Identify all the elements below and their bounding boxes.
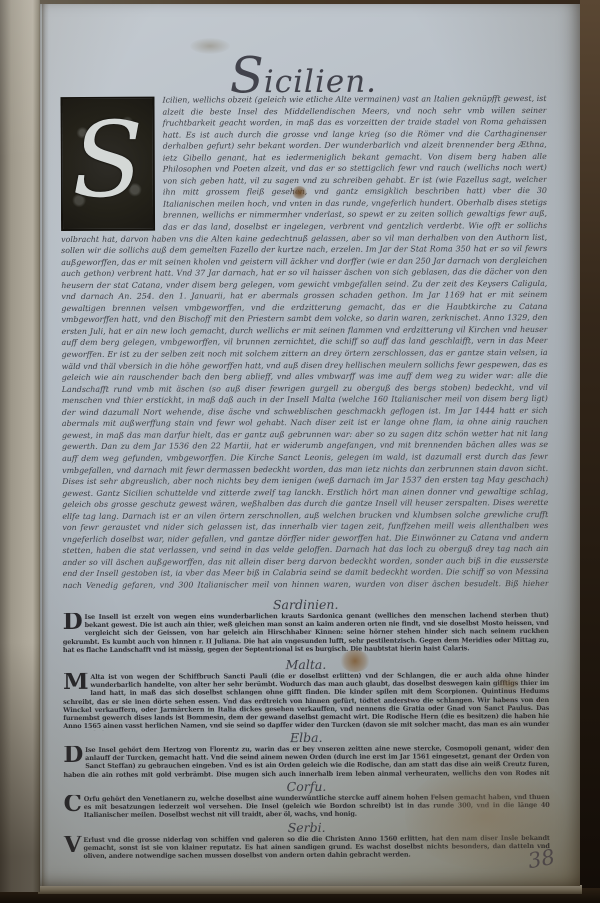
section-sardinien: DIse Insell ist erzelt von wegen eins wu…	[63, 611, 549, 658]
section-serbi-text: Erlust vnd die grosse niderlag von schif…	[83, 834, 549, 860]
drop-cap-d2: D	[63, 746, 85, 764]
section-elba: DIse Insel gehört dem Hertzog von Floren…	[63, 744, 549, 780]
section-malta-text: Alta ist von wegen der Schiffbruch Sanct…	[63, 671, 549, 731]
book-right-edge-shadow	[580, 0, 600, 903]
woodcut-initial-block: S	[60, 97, 155, 231]
section-malta: MAlta ist von wegen der Schiffbruch Sanc…	[63, 671, 549, 731]
section-serbi: VErlust vnd die grosse niderlag von schi…	[64, 834, 550, 872]
section-elba-text: Ise Insel gehört dem Hertzog von Florent…	[63, 744, 549, 780]
section-heading-elba: Elba.	[63, 730, 549, 745]
text-block: Sicilien. SIcilien, wellichs obzeit (gel…	[60, 4, 550, 886]
drop-cap-s: S	[72, 108, 144, 212]
section-corfu: COrfu gehört den Venetianern zu, welche …	[64, 793, 550, 821]
folio-number: 38	[526, 845, 556, 873]
book-page: Sicilien. SIcilien, wellichs obzeit (gel…	[40, 4, 580, 886]
section-corfu-text: Orfu gehört den Venetianern zu, welche d…	[84, 793, 550, 819]
section-heading-sardinien: Sardinien.	[63, 597, 549, 612]
section-heading-corfu: Corfu.	[63, 779, 549, 794]
page-edge-stack-shading	[0, 0, 40, 892]
book-page-photo: Sicilien. SIcilien, wellichs obzeit (gel…	[0, 0, 600, 903]
drop-cap-d: D	[63, 613, 85, 631]
drop-cap-m: M	[63, 673, 90, 691]
underlying-page-edges	[38, 885, 582, 894]
section-heading-serbi: Serbi.	[64, 820, 550, 835]
gutter-crease	[42, 4, 49, 886]
section-heading-malta: Malta.	[63, 657, 549, 672]
drop-cap-c: C	[64, 795, 84, 813]
drop-cap-v: V	[64, 836, 84, 854]
page-title: Sicilien.	[60, 45, 546, 95]
section-sardinien-text: Ise Insell ist erzelt von wegen eins wun…	[63, 611, 549, 654]
section-sicilien: SIcilien, wellichs obzeit (geleich wie e…	[60, 93, 548, 593]
